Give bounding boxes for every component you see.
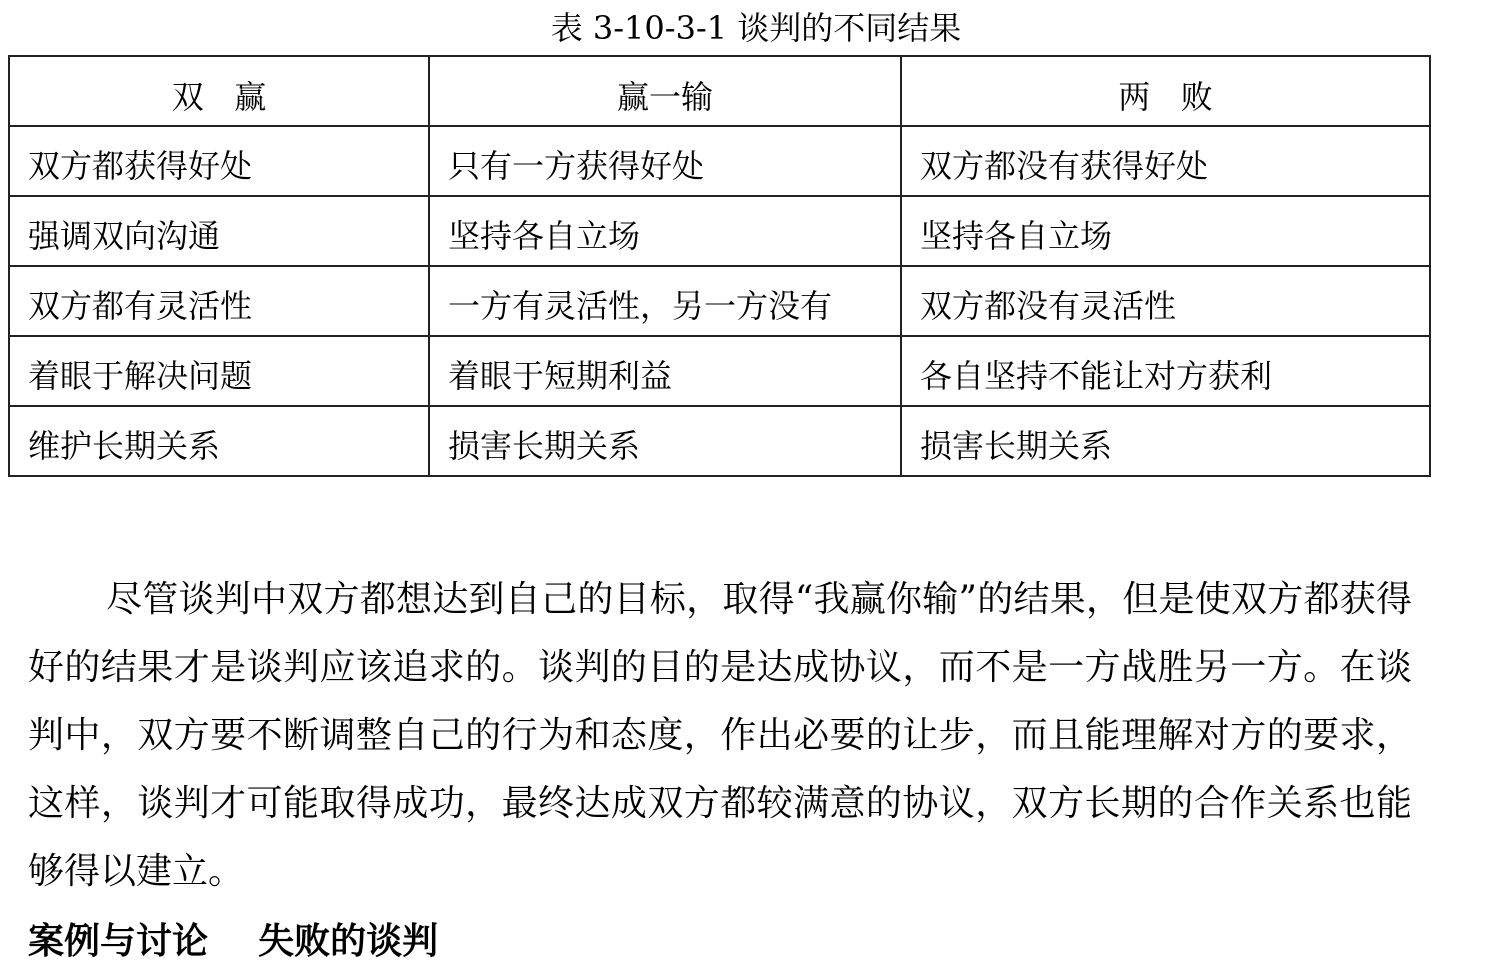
table-row: 双方都有灵活性 一方有灵活性，另一方没有 双方都没有灵活性 — [9, 266, 1430, 336]
table-cell: 着眼于短期利益 — [429, 336, 901, 406]
table-row: 着眼于解决问题 着眼于短期利益 各自坚持不能让对方获利 — [9, 336, 1430, 406]
section-heading: 案例与讨论 失败的谈判 — [28, 912, 438, 972]
negotiation-outcomes-table: 双 赢 赢一输 两 败 双方都获得好处 只有一方获得好处 双方都没有获得好处 强… — [8, 55, 1431, 477]
table-cell: 只有一方获得好处 — [429, 126, 901, 196]
table-cell: 损害长期关系 — [429, 406, 901, 476]
table-cell: 强调双向沟通 — [9, 196, 429, 266]
table-cell: 一方有灵活性，另一方没有 — [429, 266, 901, 336]
table-caption: 表 3-10-3-1 谈判的不同结果 — [0, 6, 1512, 50]
table-cell: 双方都没有获得好处 — [901, 126, 1430, 196]
column-header-win-lose: 赢一输 — [429, 56, 901, 126]
table-cell: 各自坚持不能让对方获利 — [901, 336, 1430, 406]
table-row: 双方都获得好处 只有一方获得好处 双方都没有获得好处 — [9, 126, 1430, 196]
table-cell: 双方都有灵活性 — [9, 266, 429, 336]
table-cell: 维护长期关系 — [9, 406, 429, 476]
table-cell: 双方都没有灵活性 — [901, 266, 1430, 336]
body-paragraph: 尽管谈判中双方都想达到自己的目标，取得“我赢你输”的结果，但是使双方都获得好的结… — [28, 566, 1412, 906]
table-cell: 着眼于解决问题 — [9, 336, 429, 406]
table-cell: 坚持各自立场 — [429, 196, 901, 266]
table-cell: 坚持各自立场 — [901, 196, 1430, 266]
column-header-lose-lose: 两 败 — [901, 56, 1430, 126]
table-row: 强调双向沟通 坚持各自立场 坚持各自立场 — [9, 196, 1430, 266]
table-row: 维护长期关系 损害长期关系 损害长期关系 — [9, 406, 1430, 476]
table-header-row: 双 赢 赢一输 两 败 — [9, 56, 1430, 126]
column-header-win-win: 双 赢 — [9, 56, 429, 126]
table-cell: 双方都获得好处 — [9, 126, 429, 196]
table-cell: 损害长期关系 — [901, 406, 1430, 476]
